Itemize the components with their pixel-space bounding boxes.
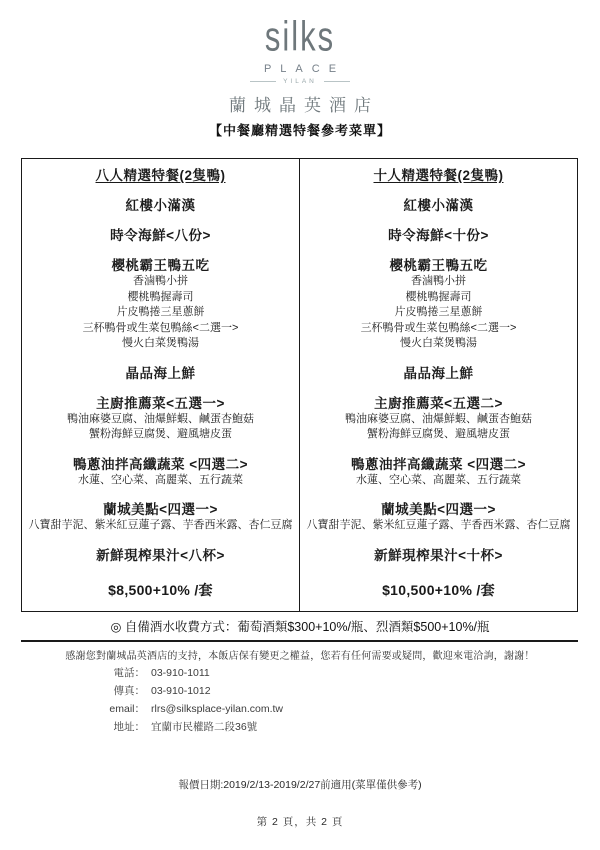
contact-block: 電話： 03-910-1011 傳真： 03-910-1012 email： r… (95, 664, 283, 736)
document-title: 【中餐廳精選特餐參考菜單】 (0, 120, 600, 139)
menu-section-title: 主廚推薦菜<五選一> (22, 395, 299, 412)
menu-item: 三杯鴨骨或生菜包鴨絲<二選一> (300, 321, 577, 337)
menu-section: 晶品海上鮮 (300, 365, 577, 382)
menu-column-eight-person: 八人精選特餐(2隻鴨)紅樓小滿漢時令海鮮<八份>櫻桃霸王鴨五吃香滷鴨小拼櫻桃鴨握… (22, 159, 299, 611)
menu-section-title: 時令海鮮<八份> (22, 227, 299, 244)
logo-rule-left (250, 81, 276, 82)
menu-item: 香滷鴨小拼 (22, 274, 299, 290)
menu-item: 蟹粉海鮮豆腐煲、避風塘皮蛋 (300, 427, 577, 443)
menu-item: 八寶甜芋泥、紫米紅豆蓮子露、芋香西米露、杏仁豆腐 (300, 518, 577, 534)
menu-column-ten-person: 十人精選特餐(2隻鴨)紅樓小滿漢時令海鮮<十份>櫻桃霸王鴨五吃香滷鴨小拼櫻桃鴨握… (299, 159, 577, 611)
menu-section-title: 蘭城美點<四選一> (22, 501, 299, 518)
menu-item: 八寶甜芋泥、紫米紅豆蓮子露、芋香西米露、杏仁豆腐 (22, 518, 299, 534)
logo-region-text: YILAN (283, 78, 317, 85)
menu-section: 時令海鮮<八份> (22, 227, 299, 244)
menu-item: 水蓮、空心菜、高麗菜、五行蔬菜 (300, 473, 577, 489)
menu-section-title: 櫻桃霸王鴨五吃 (22, 257, 299, 274)
menu-item: 香滷鴨小拼 (300, 274, 577, 290)
menu-item: 片皮鴨捲三星蔥餅 (22, 305, 299, 321)
thanks-note: 感謝您對蘭城晶英酒店的支持，本飯店保有變更之權益，您若有任何需要或疑問，歡迎來電… (0, 647, 600, 662)
menu-section-title: 紅樓小滿漢 (300, 197, 577, 214)
menu-item: 慢火白菜煲鴨湯 (22, 336, 299, 352)
menu-document-page: silks PLACE YILAN 蘭城晶英酒店 【中餐廳精選特餐參考菜單】 八… (0, 0, 600, 850)
menu-item: 鴨油麻婆豆腐、油爆鮮蝦、鹹蛋杏鮑菇 (22, 412, 299, 428)
menu-section-title: 晶品海上鮮 (22, 365, 299, 382)
logo-place-text: PLACE (0, 63, 600, 75)
contact-row-fax: 傳真： 03-910-1012 (95, 682, 283, 700)
contact-row-address: 地址： 宜蘭市民權路二段36號 (95, 718, 283, 736)
menu-section-title: 新鮮現榨果汁<八杯> (22, 547, 299, 564)
menu-section: 櫻桃霸王鴨五吃香滷鴨小拼櫻桃鴨握壽司片皮鴨捲三星蔥餅三杯鴨骨或生菜包鴨絲<二選一… (300, 257, 577, 352)
menu-section-title: 紅樓小滿漢 (22, 197, 299, 214)
contact-row-phone: 電話： 03-910-1011 (95, 664, 283, 682)
menu-section: 紅樓小滿漢 (22, 197, 299, 214)
menu-section: 鴨蔥油拌高纖蔬菜 <四選二>水蓮、空心菜、高麗菜、五行蔬菜 (300, 456, 577, 489)
menu-section-title: 蘭城美點<四選一> (300, 501, 577, 518)
address-value: 宜蘭市民權路二段36號 (151, 718, 283, 736)
logo-region-line: YILAN (0, 78, 600, 85)
menu-item: 三杯鴨骨或生菜包鴨絲<二選一> (22, 321, 299, 337)
validity-date-line: 報價日期:2019/2/13-2019/2/27前適用(菜單僅供參考) (0, 777, 600, 792)
menu-section: 新鮮現榨果汁<八杯> (22, 547, 299, 564)
menu-section: 蘭城美點<四選一>八寶甜芋泥、紫米紅豆蓮子露、芋香西米露、杏仁豆腐 (300, 501, 577, 534)
email-value: rlrs@silksplace-yilan.com.tw (151, 700, 283, 718)
menu-section-title: 主廚推薦菜<五選二> (300, 395, 577, 412)
menu-section: 時令海鮮<十份> (300, 227, 577, 244)
menu-section: 蘭城美點<四選一>八寶甜芋泥、紫米紅豆蓮子露、芋香西米露、杏仁豆腐 (22, 501, 299, 534)
menu-section-title: 新鮮現榨果汁<十杯> (300, 547, 577, 564)
logo-wordmark: silks (265, 14, 335, 60)
menu-item: 蟹粉海鮮豆腐煲、避風塘皮蛋 (22, 427, 299, 443)
corkage-note: ◎ 自備酒水收費方式：葡萄酒類$300+10%/瓶、烈酒類$500+10%/瓶 (0, 617, 600, 635)
menu-column-header: 十人精選特餐(2隻鴨) (300, 164, 577, 184)
menu-item: 片皮鴨捲三星蔥餅 (300, 305, 577, 321)
menu-item: 慢火白菜煲鴨湯 (300, 336, 577, 352)
menu-section-title: 鴨蔥油拌高纖蔬菜 <四選二> (22, 456, 299, 473)
logo-chinese-name: 蘭城晶英酒店 (0, 91, 600, 116)
menu-section: 晶品海上鮮 (22, 365, 299, 382)
fax-value: 03-910-1012 (151, 682, 283, 700)
page-number: 第 2 頁，共 2 頁 (0, 814, 600, 829)
menu-set-price: $10,500+10% /套 (300, 580, 577, 600)
address-label: 地址： (95, 718, 145, 736)
hotel-logo: silks PLACE YILAN 蘭城晶英酒店 (0, 26, 600, 116)
phone-value: 03-910-1011 (151, 664, 283, 682)
menu-section-title: 時令海鮮<十份> (300, 227, 577, 244)
logo-rule-right (324, 81, 350, 82)
menu-section-title: 晶品海上鮮 (300, 365, 577, 382)
menu-section: 紅樓小滿漢 (300, 197, 577, 214)
menu-section: 主廚推薦菜<五選二>鴨油麻婆豆腐、油爆鮮蝦、鹹蛋杏鮑菇蟹粉海鮮豆腐煲、避風塘皮蛋 (300, 395, 577, 443)
menu-item: 櫻桃鴨握壽司 (300, 290, 577, 306)
phone-label: 電話： (95, 664, 145, 682)
menu-section: 主廚推薦菜<五選一>鴨油麻婆豆腐、油爆鮮蝦、鹹蛋杏鮑菇蟹粉海鮮豆腐煲、避風塘皮蛋 (22, 395, 299, 443)
menu-section-title: 鴨蔥油拌高纖蔬菜 <四選二> (300, 456, 577, 473)
menu-item: 櫻桃鴨握壽司 (22, 290, 299, 306)
menu-section: 鴨蔥油拌高纖蔬菜 <四選二>水蓮、空心菜、高麗菜、五行蔬菜 (22, 456, 299, 489)
menu-table: 八人精選特餐(2隻鴨)紅樓小滿漢時令海鮮<八份>櫻桃霸王鴨五吃香滷鴨小拼櫻桃鴨握… (21, 158, 578, 612)
menu-item: 水蓮、空心菜、高麗菜、五行蔬菜 (22, 473, 299, 489)
contact-row-email: email： rlrs@silksplace-yilan.com.tw (95, 700, 283, 718)
menu-section-title: 櫻桃霸王鴨五吃 (300, 257, 577, 274)
fax-label: 傳真： (95, 682, 145, 700)
menu-set-price: $8,500+10% /套 (22, 580, 299, 600)
email-label: email： (95, 700, 145, 718)
menu-section: 新鮮現榨果汁<十杯> (300, 547, 577, 564)
menu-section: 櫻桃霸王鴨五吃香滷鴨小拼櫻桃鴨握壽司片皮鴨捲三星蔥餅三杯鴨骨或生菜包鴨絲<二選一… (22, 257, 299, 352)
footer-divider-rule (21, 640, 578, 642)
menu-column-header: 八人精選特餐(2隻鴨) (22, 164, 299, 184)
menu-item: 鴨油麻婆豆腐、油爆鮮蝦、鹹蛋杏鮑菇 (300, 412, 577, 428)
